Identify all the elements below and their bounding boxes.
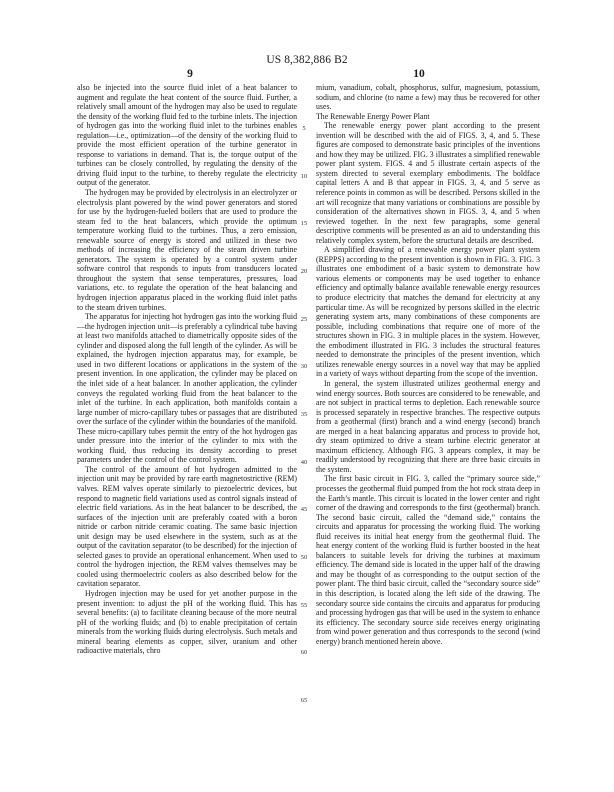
paragraph-continuation: mium, vanadium, cobalt, phosphorus, sulf… [316, 83, 540, 112]
left-column-number: 9 [170, 68, 210, 80]
left-column: also be injected into the source fluid i… [77, 83, 297, 656]
paragraph: In general, the system illustrated utili… [316, 379, 540, 474]
paragraph: The first basic circuit in FIG. 3, calle… [316, 474, 540, 646]
line-number: 55 [297, 602, 311, 609]
paragraph: The renewable energy power plant accordi… [316, 121, 540, 245]
line-number: 65 [297, 697, 311, 704]
line-number: 40 [297, 459, 311, 466]
line-number: 15 [297, 220, 311, 227]
line-number: 45 [297, 506, 311, 513]
paragraph: The apparatus for injecting hot hydrogen… [77, 312, 297, 465]
line-number: 25 [297, 316, 311, 323]
line-number: 35 [297, 411, 311, 418]
paragraph: Hydrogen injection may be used for yet a… [77, 589, 297, 656]
right-column: mium, vanadium, cobalt, phosphorus, sulf… [316, 83, 540, 646]
line-number: 5 [297, 125, 311, 132]
line-number: 50 [297, 554, 311, 561]
section-heading: The Renewable Energy Power Plant [316, 112, 540, 122]
right-column-number: 10 [399, 68, 439, 80]
paragraph: The hydrogen may be provided by electrol… [77, 188, 297, 312]
paragraph: The control of the amount of hot hydroge… [77, 465, 297, 589]
line-number: 20 [297, 268, 311, 275]
paragraph: also be injected into the source fluid i… [77, 83, 297, 188]
line-number: 60 [297, 649, 311, 656]
line-number: 30 [297, 363, 311, 370]
patent-number: US 8,382,886 B2 [0, 54, 614, 66]
paragraph: A simplified drawing of a renewable ener… [316, 245, 540, 379]
line-number: 10 [297, 173, 311, 180]
